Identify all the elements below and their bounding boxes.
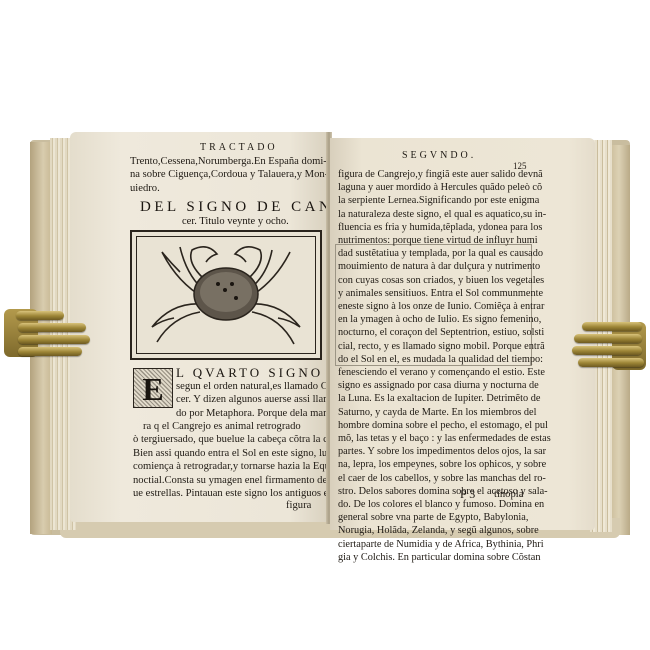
hand-finger [582, 322, 642, 331]
text-line: do. De los colores el blanco y fumoso. D… [338, 498, 551, 511]
right-body-text: figura de Cangrejo,y fingiã este auer sa… [338, 168, 551, 564]
left-body-text-indented: segun el orden natural,es llamado Cã- ce… [176, 380, 336, 420]
text-line: figura de Cangrejo,y fingiã este auer sa… [338, 168, 551, 181]
text-line: cer. Y dizen algunos auerse assi llama [176, 393, 336, 406]
text-line: do por Metaphora. Porque dela mane [176, 407, 336, 420]
text-line: gia y Colchis. En particular domina sobr… [338, 551, 551, 564]
first-line-caps: L QVARTO SIGNO [176, 365, 323, 381]
text-line: ò tergiuersado, que buelue la cabeça cõt… [133, 433, 345, 446]
text-line: segun el orden natural,es llamado Cã- [176, 380, 336, 393]
right-running-head: SEGVNDO. [402, 150, 476, 161]
hand-finger [574, 334, 642, 343]
text-line: dad sustẽtatiua y templada, por la qual … [338, 247, 551, 260]
text-line: fenesciendo el verano y començando el es… [338, 366, 551, 379]
book-photo: TRACTADO Trento,Cessena,Norumberga.En Es… [0, 0, 650, 650]
chapter-subheading: cer. Titulo veynte y ocho. [182, 216, 289, 227]
text-line: nutrimentos: porque tiene virtud de infl… [338, 234, 551, 247]
text-line: en la ymagen à ocho de Iulio. Es signo f… [338, 313, 551, 326]
text-line: na sobre Ciguença,Cordoua y Talauera,y M… [130, 168, 328, 181]
text-line: nocturno, el coraçon del Septentrion, es… [338, 326, 551, 339]
text-line: y animales sensitiuos. Entra el Sol comm… [338, 287, 551, 300]
text-line: ra q el Cangrejo es animal retrogrado [133, 420, 345, 433]
hand-finger [572, 346, 642, 355]
text-line: ciertaparte de Numidia y de Africa, Byth… [338, 538, 551, 551]
text-line: eneste signo à los onze de Iunio. Comiẽç… [338, 300, 551, 313]
crab-woodcut [130, 230, 322, 360]
text-line: laguna y auer mordido à Hercules quãdo p… [338, 181, 551, 194]
text-line: noctial.Consta su ymagen enel firmamento… [133, 474, 345, 487]
initial-letter: E [134, 369, 172, 407]
left-catchword: figura [286, 500, 311, 511]
text-line: ue estrellas. Pintauan este signo los an… [133, 487, 345, 500]
text-line: la naturaleza deste signo, el qual es aq… [338, 208, 551, 221]
text-line: signo es assignado por casa diurna y noc… [338, 379, 551, 392]
text-line: uiedro. [130, 182, 328, 195]
text-line: general sobre vna parte de Egypto, Babyl… [338, 511, 551, 524]
text-line: la serpiente Lernea.Significando por est… [338, 194, 551, 207]
left-brass-hand-holder [4, 303, 86, 363]
text-line: Saturno, y cayda de Marte. En los miembr… [338, 406, 551, 419]
text-line: fluencia es fria y humida,tẽplada, ydone… [338, 221, 551, 234]
text-line: mõ, las tetas y el baço : y las enfermed… [338, 432, 551, 445]
text-line: hombre domina sobre el pecho, el estomag… [338, 419, 551, 432]
text-line: la Luna. Es la exaltacion de Iupiter. De… [338, 392, 551, 405]
text-line: na, lepra, los empeynes, sobre los ophic… [338, 458, 551, 471]
text-line: mouimiento de natura à dar dulçura y nut… [338, 260, 551, 273]
hand-finger [18, 347, 82, 356]
right-brass-hand-holder [572, 318, 646, 374]
text-line: con cuyas cosas son criados, y biuen los… [338, 274, 551, 287]
text-line: partes. Y sobre los impedimentos delos o… [338, 445, 551, 458]
left-body-text: ra q el Cangrejo es animal retrogrado ò … [133, 420, 345, 500]
decorated-initial: E [133, 368, 173, 408]
text-line: Norugia, Holãda, Zelanda, y segũ algunos… [338, 524, 551, 537]
hand-finger [578, 358, 644, 367]
text-line: el caer de los cabellos, y sobre las man… [338, 472, 551, 485]
left-opening-text: Trento,Cessena,Norumberga.En España domi… [130, 155, 328, 195]
text-line: do el Sol en el, es mudada la qualidad d… [338, 353, 551, 366]
right-catchword: tinopla [494, 489, 523, 500]
hand-finger [18, 335, 90, 344]
text-line: Trento,Cessena,Norumberga.En España domi… [130, 155, 328, 168]
hand-finger [16, 311, 64, 320]
text-line: cial, recto, y es llamado signo mobil. P… [338, 340, 551, 353]
signature-mark: P 3 [460, 487, 475, 502]
text-line: comiença à retrogradar,y tornarse hazia … [133, 460, 345, 473]
text-line: Bien assi quando entra el Sol en este si… [133, 447, 345, 460]
hand-finger [18, 323, 86, 332]
crab-icon [132, 232, 320, 358]
left-running-head: TRACTADO [200, 142, 278, 153]
chapter-heading: DEL SIGNO DE CAN [140, 199, 333, 216]
